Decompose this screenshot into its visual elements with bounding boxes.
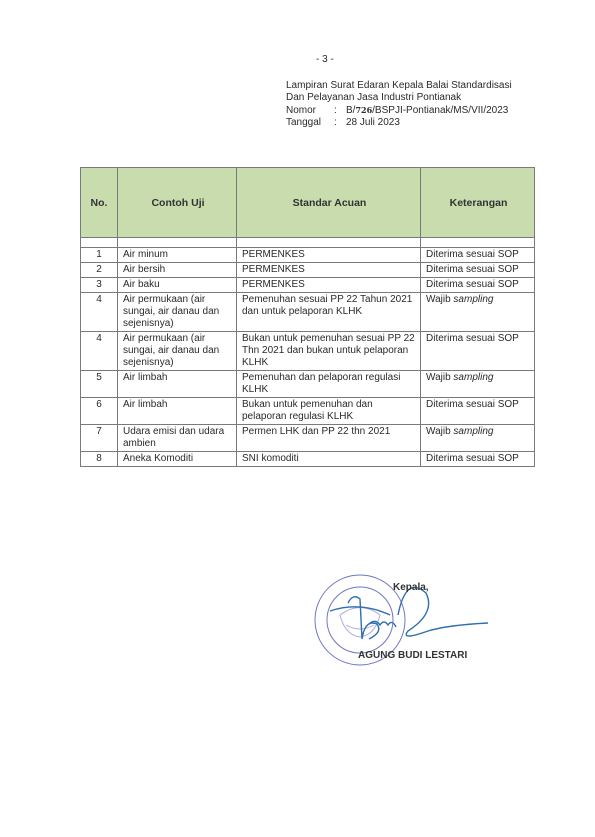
row-note-text: Diterima sesuai SOP [426, 333, 519, 344]
row-sample: Air baku [118, 278, 237, 293]
row-no: 2 [81, 263, 118, 278]
row-note-text: Wajib [426, 426, 453, 437]
row-note: Diterima sesuai SOP [421, 398, 535, 425]
table-row: 5Air limbahPemenuhan dan pelaporan regul… [81, 371, 535, 398]
row-sample: Air limbah [118, 371, 237, 398]
nomor-label: Nomor [286, 105, 334, 117]
row-note-italic: sampling [453, 426, 493, 437]
nomor-colon: : [334, 105, 346, 117]
row-note: Diterima sesuai SOP [421, 452, 535, 467]
sample-standards-table: No. Contoh Uji Standar Acuan Keterangan … [80, 167, 535, 467]
row-standard: Permen LHK dan PP 22 thn 2021 [237, 425, 421, 452]
tanggal-value: 28 Juli 2023 [346, 117, 400, 128]
row-note: Wajib sampling [421, 293, 535, 332]
row-standard: PERMENKES [237, 263, 421, 278]
table-row: 4Air permukaan (air sungai, air danau da… [81, 293, 535, 332]
header-sample: Contoh Uji [118, 168, 237, 238]
page-number: - 3 - [316, 54, 334, 65]
row-note-text: Diterima sesuai SOP [426, 453, 519, 464]
row-standard: Pemenuhan sesuai PP 22 Tahun 2021 dan un… [237, 293, 421, 332]
row-note: Diterima sesuai SOP [421, 278, 535, 293]
row-note: Wajib sampling [421, 425, 535, 452]
row-standard: Bukan untuk pemenuhan sesuai PP 22 Thn 2… [237, 332, 421, 371]
row-note: Diterima sesuai SOP [421, 248, 535, 263]
table-header-row: No. Contoh Uji Standar Acuan Keterangan [81, 168, 535, 238]
nomor-suffix: /BSPJI-Pontianak/MS/VII/2023 [372, 105, 508, 116]
header-note: Keterangan [421, 168, 535, 238]
row-note-text: Wajib [426, 372, 453, 383]
row-note-text: Diterima sesuai SOP [426, 264, 519, 275]
table-row: 8Aneka KomoditiSNI komoditiDiterima sesu… [81, 452, 535, 467]
row-standard: SNI komoditi [237, 452, 421, 467]
nomor-handwritten: 726 [355, 105, 372, 115]
row-sample: Air minum [118, 248, 237, 263]
row-no: 4 [81, 332, 118, 371]
attachment-header: Lampiran Surat Edaran Kepala Balai Stand… [286, 80, 512, 129]
row-no: 5 [81, 371, 118, 398]
row-no: 8 [81, 452, 118, 467]
attachment-line1: Lampiran Surat Edaran Kepala Balai Stand… [286, 80, 512, 92]
signatory-name: AGUNG BUDI LESTARI [358, 650, 467, 661]
signature-title: Kepala, [393, 582, 429, 593]
row-note: Diterima sesuai SOP [421, 332, 535, 371]
table-row: 2Air bersihPERMENKESDiterima sesuai SOP [81, 263, 535, 278]
header-no: No. [81, 168, 118, 238]
row-no: 4 [81, 293, 118, 332]
spacer-row [81, 238, 535, 248]
table-row: 3Air bakuPERMENKESDiterima sesuai SOP [81, 278, 535, 293]
attachment-tanggal: Tanggal:28 Juli 2023 [286, 117, 512, 129]
row-no: 1 [81, 248, 118, 263]
header-standard: Standar Acuan [237, 168, 421, 238]
row-sample: Air bersih [118, 263, 237, 278]
row-no: 6 [81, 398, 118, 425]
row-no: 3 [81, 278, 118, 293]
table-row: 4Air permukaan (air sungai, air danau da… [81, 332, 535, 371]
table-row: 1Air minumPERMENKESDiterima sesuai SOP [81, 248, 535, 263]
row-standard: PERMENKES [237, 248, 421, 263]
row-standard: Bukan untuk pemenuhan dan pelaporan regu… [237, 398, 421, 425]
row-sample: Air permukaan (air sungai, air danau dan… [118, 332, 237, 371]
row-no: 7 [81, 425, 118, 452]
table-row: 7Udara emisi dan udara ambienPermen LHK … [81, 425, 535, 452]
row-sample: Udara emisi dan udara ambien [118, 425, 237, 452]
row-note-text: Diterima sesuai SOP [426, 249, 519, 260]
attachment-line2: Dan Pelayanan Jasa Industri Pontianak [286, 92, 512, 104]
row-standard: PERMENKES [237, 278, 421, 293]
row-note-text: Wajib [426, 294, 453, 305]
row-standard: Pemenuhan dan pelaporan regulasi KLHK [237, 371, 421, 398]
tanggal-colon: : [334, 117, 346, 129]
row-note-text: Diterima sesuai SOP [426, 279, 519, 290]
row-note-italic: sampling [453, 294, 493, 305]
attachment-nomor: Nomor:B/726/BSPJI-Pontianak/MS/VII/2023 [286, 104, 512, 117]
row-sample: Air permukaan (air sungai, air danau dan… [118, 293, 237, 332]
tanggal-label: Tanggal [286, 117, 334, 129]
row-sample: Air limbah [118, 398, 237, 425]
table-row: 6Air limbahBukan untuk pemenuhan dan pel… [81, 398, 535, 425]
row-note: Diterima sesuai SOP [421, 263, 535, 278]
signature-block: Kepala, AGUNG BUDI LESTARI [310, 565, 510, 685]
row-sample: Aneka Komoditi [118, 452, 237, 467]
row-note-italic: sampling [453, 372, 493, 383]
row-note: Wajib sampling [421, 371, 535, 398]
row-note-text: Diterima sesuai SOP [426, 399, 519, 410]
